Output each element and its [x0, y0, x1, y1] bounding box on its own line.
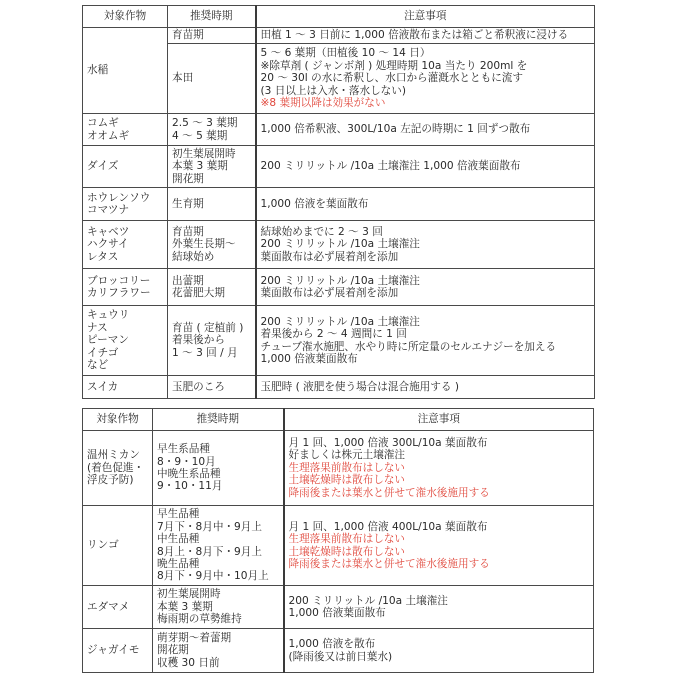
cell-line: 8月下・9月中・10月上: [157, 570, 279, 582]
cell-line: ブロッコリー: [87, 275, 163, 287]
note-line: 20 ～ 30l の水に希釈し、水口から灌漑水とともに流す: [261, 72, 591, 84]
header-crop: 対象作物: [83, 409, 153, 431]
notes-cell: 200 ミリリットル /10a 土壌潅注葉面散布は必ず展着剤を添加: [256, 269, 595, 306]
cell-line: 初生葉展開時: [157, 588, 279, 600]
cell-line: 玉肥のころ: [172, 381, 251, 393]
crop-application-table-1: 対象作物 推奨時期 注意事項 水稲育苗期田植 1 ～ 3 日前に 1,000 倍…: [82, 5, 595, 399]
note-line: 月 1 回、1,000 倍液 300L/10a 葉面散布: [289, 437, 590, 449]
header-crop: 対象作物: [83, 6, 168, 28]
cell-line: 本葉 3 葉期: [157, 601, 279, 613]
cell-line: 萌芽期～着蕾期: [157, 632, 279, 644]
note-line: (3 日以上は入水・落水しない): [261, 85, 591, 97]
note-line: 1,000 倍液を散布: [289, 638, 590, 650]
cell-line: 8・9・10月: [157, 456, 279, 468]
cell-line: 温州ミカン: [87, 449, 148, 461]
notes-cell: 1,000 倍希釈液、300L/10a 左記の時期に 1 回ずつ散布: [256, 114, 595, 146]
cell-line: 結球始め: [172, 251, 251, 263]
cell-line: カリフラワー: [87, 287, 163, 299]
cell-line: 育苗期: [172, 226, 251, 238]
notes-cell: 1,000 倍液を散布(降雨後又は前日葉水): [284, 629, 594, 673]
header-period: 推奨時期: [153, 409, 284, 431]
crop-cell: 温州ミカン(着色促進・浮皮予防): [83, 431, 153, 506]
warning-note-line: 土壌乾燥時は散布しない: [289, 546, 590, 558]
table-header-row: 対象作物 推奨時期 注意事項: [83, 409, 594, 431]
note-line: (降雨後又は前日葉水): [289, 651, 590, 663]
warning-note-line: 降雨後または葉水と併せて潅水後施用する: [289, 487, 590, 499]
period-cell: 早生系品種8・9・10月中晩生系品種9・10・11月: [153, 431, 284, 506]
notes-cell: 1,000 倍液を葉面散布: [256, 188, 595, 221]
note-line: 玉肥時 ( 液肥を使う場合は混合施用する ): [261, 381, 591, 393]
note-line: 結球始めまでに 2 ～ 3 回: [261, 226, 591, 238]
crop-cell: キュウリナスピーマンイチゴなど: [83, 306, 168, 376]
cell-line: 9・10・11月: [157, 480, 279, 492]
cell-line: 1 ～ 3 回 / 月: [172, 347, 251, 359]
note-line: 田植 1 ～ 3 日前に 1,000 倍液散布または箱ごと希釈液に浸ける: [261, 29, 591, 41]
period-cell: 初生葉展開時本葉 3 葉期梅雨期の草勢維持: [153, 586, 284, 629]
note-line: 葉面散布は必ず展着剤を添加: [261, 287, 591, 299]
cell-line: 開花期: [172, 173, 251, 185]
cell-line: ジャガイモ: [87, 644, 148, 656]
notes-cell: 月 1 回、1,000 倍液 300L/10a 葉面散布好ましくは株元土壌潅注生…: [284, 431, 594, 506]
period-cell: 育苗 ( 定植前 )着果後から1 ～ 3 回 / 月: [168, 306, 256, 376]
cell-line: 8月上・8月下・9月上: [157, 546, 279, 558]
cell-line: 浮皮予防): [87, 474, 148, 486]
crop-cell: スイカ: [83, 376, 168, 399]
period-cell: 育苗期外葉生長期～結球始め: [168, 221, 256, 269]
crop-cell: ブロッコリーカリフラワー: [83, 269, 168, 306]
note-line: 200 ミリリットル /10a 土壌潅注: [261, 275, 591, 287]
cell-line: 7月下・8月中・9月上: [157, 521, 279, 533]
warning-note-line: 降雨後または葉水と併せて潅水後施用する: [289, 558, 590, 570]
notes-cell: 月 1 回、1,000 倍液 400L/10a 葉面散布生理落果前散布はしない土…: [284, 506, 594, 586]
period-cell: 早生品種7月下・8月中・9月上中生品種8月上・8月下・9月上晩生品種8月下・9月…: [153, 506, 284, 586]
table-row: ブロッコリーカリフラワー出蕾期花蕾肥大期200 ミリリットル /10a 土壌潅注…: [83, 269, 595, 306]
crop-cell: ジャガイモ: [83, 629, 153, 673]
cell-line: 本葉 3 葉期: [172, 160, 251, 172]
cell-line: ナス: [87, 322, 163, 334]
table-row: 温州ミカン(着色促進・浮皮予防)早生系品種8・9・10月中晩生系品種9・10・1…: [83, 431, 594, 506]
cell-line: リンゴ: [87, 539, 148, 551]
cell-line: 初生葉展開時: [172, 148, 251, 160]
notes-cell: 200 ミリリットル /10a 土壌潅注1,000 倍液葉面散布: [284, 586, 594, 629]
cell-line: 育苗期: [172, 29, 251, 41]
note-line: 1,000 倍液葉面散布: [289, 607, 590, 619]
cell-line: オオムギ: [87, 130, 163, 142]
table-row: キャベツハクサイレタス育苗期外葉生長期～結球始め結球始めまでに 2 ～ 3 回2…: [83, 221, 595, 269]
cell-line: キュウリ: [87, 309, 163, 321]
cell-line: 晩生品種: [157, 558, 279, 570]
crop-application-table-2: 対象作物 推奨時期 注意事項 温州ミカン(着色促進・浮皮予防)早生系品種8・9・…: [82, 408, 594, 673]
cell-line: ホウレンソウ: [87, 192, 163, 204]
period-cell: 玉肥のころ: [168, 376, 256, 399]
note-line: 着果後から 2 ～ 4 週間に 1 回: [261, 328, 591, 340]
cell-line: コマツナ: [87, 204, 163, 216]
notes-cell: 200 ミリリットル /10a 土壌潅注着果後から 2 ～ 4 週間に 1 回チ…: [256, 306, 595, 376]
cell-line: 育苗 ( 定植前 ): [172, 322, 251, 334]
table-row: エダマメ初生葉展開時本葉 3 葉期梅雨期の草勢維持200 ミリリットル /10a…: [83, 586, 594, 629]
note-line: 葉面散布は必ず展着剤を添加: [261, 251, 591, 263]
note-line: 1,000 倍液葉面散布: [261, 353, 591, 365]
cell-line: 外葉生長期～: [172, 238, 251, 250]
crop-cell: コムギオオムギ: [83, 114, 168, 146]
cell-line: レタス: [87, 251, 163, 263]
cell-line: イチゴ: [87, 347, 163, 359]
cell-line: ハクサイ: [87, 238, 163, 250]
cell-line: 2.5 ～ 3 葉期: [172, 117, 251, 129]
cell-line: 梅雨期の草勢維持: [157, 613, 279, 625]
cell-line: ピーマン: [87, 334, 163, 346]
cell-line: 本田: [172, 72, 251, 84]
cell-line: 着果後から: [172, 334, 251, 346]
period-cell: 出蕾期花蕾肥大期: [168, 269, 256, 306]
warning-note-line: ※8 葉期以降は効果がない: [261, 97, 591, 109]
header-period: 推奨時期: [168, 6, 256, 28]
cell-line: 収穫 30 日前: [157, 657, 279, 669]
cell-line: 早生品種: [157, 508, 279, 520]
period-cell: 生育期: [168, 188, 256, 221]
period-cell: 育苗期: [168, 28, 256, 44]
crop-cell: キャベツハクサイレタス: [83, 221, 168, 269]
crop-cell: エダマメ: [83, 586, 153, 629]
cell-line: 開花期: [157, 644, 279, 656]
notes-cell: 結球始めまでに 2 ～ 3 回200 ミリリットル /10a 土壌潅注葉面散布は…: [256, 221, 595, 269]
notes-cell: 5 ～ 6 葉期（田植後 10 ～ 14 日）※除草剤 ( ジャンボ剤 ) 処理…: [256, 44, 595, 114]
crop-cell: ホウレンソウコマツナ: [83, 188, 168, 221]
header-notes: 注意事項: [256, 6, 595, 28]
note-line: 月 1 回、1,000 倍液 400L/10a 葉面散布: [289, 521, 590, 533]
cell-line: 早生系品種: [157, 443, 279, 455]
warning-note-line: 生理落果前散布はしない: [289, 462, 590, 474]
note-line: 200 ミリリットル /10a 土壌潅注: [261, 238, 591, 250]
table-header-row: 対象作物 推奨時期 注意事項: [83, 6, 595, 28]
period-cell: 萌芽期～着蕾期開花期収穫 30 日前: [153, 629, 284, 673]
table-row: コムギオオムギ2.5 ～ 3 葉期4 ～ 5 葉期1,000 倍希釈液、300L…: [83, 114, 595, 146]
cell-line: 出蕾期: [172, 275, 251, 287]
notes-cell: 玉肥時 ( 液肥を使う場合は混合施用する ): [256, 376, 595, 399]
cell-line: 中晩生系品種: [157, 468, 279, 480]
cell-line: (着色促進・: [87, 462, 148, 474]
crop-cell: 水稲: [83, 28, 168, 114]
note-line: 好ましくは株元土壌潅注: [289, 449, 590, 461]
period-cell: 2.5 ～ 3 葉期4 ～ 5 葉期: [168, 114, 256, 146]
note-line: チューブ潅水施肥、水やり時に所定量のセルエナジーを加える: [261, 341, 591, 353]
table-row: ダイズ初生葉展開時本葉 3 葉期開花期200 ミリリットル /10a 土壌潅注 …: [83, 146, 595, 188]
cell-line: 生育期: [172, 198, 251, 210]
table-row: 水稲育苗期田植 1 ～ 3 日前に 1,000 倍液散布または箱ごと希釈液に浸け…: [83, 28, 595, 44]
warning-note-line: 生理落果前散布はしない: [289, 533, 590, 545]
cell-line: コムギ: [87, 117, 163, 129]
cell-line: スイカ: [87, 381, 163, 393]
cell-line: 水稲: [87, 64, 163, 76]
note-line: 5 ～ 6 葉期（田植後 10 ～ 14 日）: [261, 47, 591, 59]
notes-cell: 田植 1 ～ 3 日前に 1,000 倍液散布または箱ごと希釈液に浸ける: [256, 28, 595, 44]
notes-cell: 200 ミリリットル /10a 土壌潅注 1,000 倍液葉面散布: [256, 146, 595, 188]
cell-line: 中生品種: [157, 533, 279, 545]
table-row: リンゴ早生品種7月下・8月中・9月上中生品種8月上・8月下・9月上晩生品種8月下…: [83, 506, 594, 586]
note-line: 200 ミリリットル /10a 土壌潅注 1,000 倍液葉面散布: [261, 160, 591, 172]
note-line: 200 ミリリットル /10a 土壌潅注: [261, 316, 591, 328]
note-line: ※除草剤 ( ジャンボ剤 ) 処理時期 10a 当たり 200ml を: [261, 60, 591, 72]
crop-cell: リンゴ: [83, 506, 153, 586]
table-row: キュウリナスピーマンイチゴなど育苗 ( 定植前 )着果後から1 ～ 3 回 / …: [83, 306, 595, 376]
cell-line: など: [87, 359, 163, 371]
cell-line: キャベツ: [87, 226, 163, 238]
crop-cell: ダイズ: [83, 146, 168, 188]
period-cell: 本田: [168, 44, 256, 114]
cell-line: ダイズ: [87, 160, 163, 172]
period-cell: 初生葉展開時本葉 3 葉期開花期: [168, 146, 256, 188]
cell-line: エダマメ: [87, 601, 148, 613]
note-line: 200 ミリリットル /10a 土壌潅注: [289, 595, 590, 607]
table-row: スイカ玉肥のころ玉肥時 ( 液肥を使う場合は混合施用する ): [83, 376, 595, 399]
note-line: 1,000 倍希釈液、300L/10a 左記の時期に 1 回ずつ散布: [261, 123, 591, 135]
cell-line: 4 ～ 5 葉期: [172, 130, 251, 142]
table-row: ジャガイモ萌芽期～着蕾期開花期収穫 30 日前1,000 倍液を散布(降雨後又は…: [83, 629, 594, 673]
header-notes: 注意事項: [284, 409, 594, 431]
table-row: ホウレンソウコマツナ生育期1,000 倍液を葉面散布: [83, 188, 595, 221]
note-line: 1,000 倍液を葉面散布: [261, 198, 591, 210]
warning-note-line: 土壌乾燥時は散布しない: [289, 474, 590, 486]
cell-line: 花蕾肥大期: [172, 287, 251, 299]
